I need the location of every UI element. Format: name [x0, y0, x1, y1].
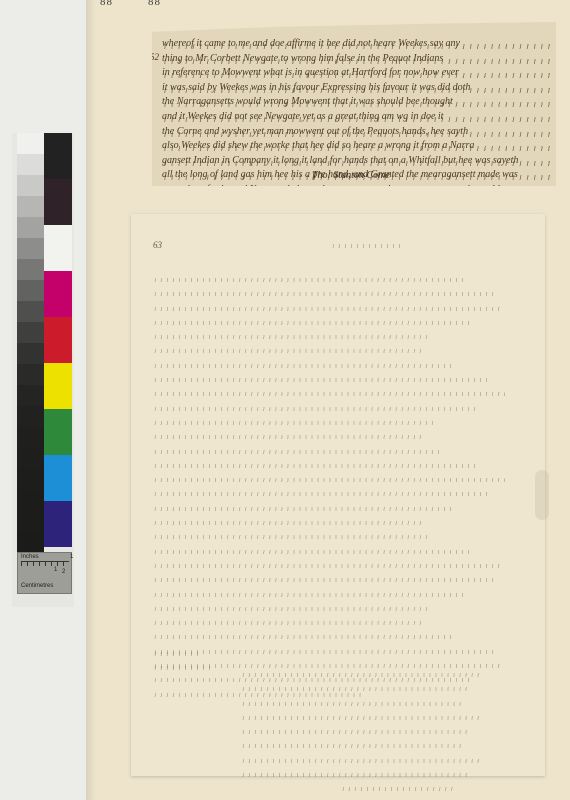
- ruler-ticks: [21, 561, 69, 566]
- gray-patch: [17, 490, 44, 511]
- paper-stain: [535, 470, 549, 520]
- handwritten-line: [241, 769, 471, 778]
- folio-mark: 88: [148, 0, 161, 8]
- ruler-inches-label: Inches: [21, 554, 39, 560]
- gray-patch: [17, 343, 44, 364]
- handwritten-line: [241, 755, 481, 764]
- handwritten-line: [153, 374, 491, 383]
- note-signature: Tho: Stanton Come: [312, 170, 390, 181]
- handwritten-line: [241, 712, 481, 721]
- handwritten-line: the Narragansetts would wrong Mowwent th…: [162, 96, 550, 108]
- letter-heading: Hon. Gentlemen: [331, 240, 401, 254]
- handwritten-line: in reference to Mowwent what is in quest…: [162, 67, 550, 79]
- scale-ruler: Inches 1 1 2 Centimetres: [17, 552, 72, 594]
- letter-endorsement: Endorsed Ag: 22.: [153, 648, 223, 677]
- gray-patch: [17, 322, 44, 343]
- handwritten-line: [153, 460, 480, 469]
- handwritten-line: [153, 388, 505, 397]
- black-patch: [44, 133, 72, 179]
- blue-patch: [44, 501, 72, 547]
- handwritten-line: [241, 669, 481, 678]
- gray-patch: [17, 364, 44, 385]
- handwritten-line: [153, 446, 442, 455]
- mount-edge-shadow: [86, 0, 96, 800]
- manuscript-letter: 63 Hon. Gentlemen Endorsed Ag: 22.: [131, 214, 545, 776]
- gray-patch: [17, 259, 44, 280]
- gray-patch: [17, 532, 44, 553]
- gray-patch: [17, 175, 44, 196]
- handwritten-line: [153, 546, 470, 555]
- gray-patch: [17, 238, 44, 259]
- cyan-patch: [44, 455, 72, 501]
- handwritten-line: whereof it came to me and doe affirme it…: [162, 38, 550, 50]
- handwritten-line: [153, 317, 470, 326]
- gray-patch: [17, 133, 44, 154]
- handwritten-line: and it Weekes did not see Newgate yet as…: [162, 111, 550, 123]
- magenta-patch: [44, 271, 72, 317]
- handwritten-line: [153, 631, 456, 640]
- gray-patch: [17, 511, 44, 532]
- handwritten-line: [153, 288, 498, 297]
- letter-page-number: 63: [153, 240, 162, 250]
- handwritten-line: also Weekes did shew the worke that hee …: [162, 140, 550, 152]
- green-patch: [44, 409, 72, 455]
- handwritten-line: [153, 303, 501, 312]
- handwritten-line: [153, 589, 463, 598]
- dark-brown-patch: [44, 179, 72, 225]
- handwritten-line: [153, 603, 428, 612]
- letter-body: [153, 274, 505, 703]
- handwritten-line: [241, 698, 461, 707]
- gray-patch: [17, 406, 44, 427]
- handwritten-line: [153, 345, 421, 354]
- handwritten-line: [153, 503, 452, 512]
- color-calibration-target: Inches 1 1 2 Centimetres: [12, 133, 74, 607]
- grayscale-strip: [17, 133, 44, 553]
- gray-patch: [17, 469, 44, 490]
- handwritten-line: [153, 474, 505, 483]
- handwritten-line: [153, 574, 498, 583]
- manuscript-note: 52 whereof it came to me and doe affirme…: [152, 22, 556, 186]
- ruler-cm-number: 2: [62, 569, 65, 575]
- handwritten-line: [153, 403, 480, 412]
- handwritten-line: [153, 488, 491, 497]
- handwritten-line: [153, 560, 501, 569]
- handwritten-line: [241, 683, 471, 692]
- handwritten-line: [241, 726, 471, 735]
- handwritten-line: gansett Indian in Company it long it lan…: [162, 155, 550, 167]
- gray-patch: [17, 427, 44, 448]
- gray-patch: [17, 301, 44, 322]
- handwritten-line: [153, 274, 463, 283]
- ruler-cm-number: 1: [54, 567, 57, 573]
- gray-patch: [17, 280, 44, 301]
- handwritten-line: it was said by Weekes was in his favour …: [162, 82, 550, 94]
- handwritten-line: [153, 431, 421, 440]
- handwritten-line: [153, 617, 424, 626]
- gray-patch: [17, 154, 44, 175]
- gray-patch: [17, 448, 44, 469]
- handwritten-line: thing to Mr Corbett Newgate to wrong him…: [162, 53, 550, 65]
- white-patch: [44, 225, 72, 271]
- color-patch-strip: [44, 133, 72, 547]
- handwritten-line: the Corne and wysher yet man mowwent out…: [162, 126, 550, 138]
- folio-mark: 88: [100, 0, 113, 8]
- handwritten-line: [341, 783, 454, 792]
- ruler-inch-number: 1: [70, 554, 73, 560]
- handwritten-line: [153, 417, 438, 426]
- handwritten-line: [153, 360, 452, 369]
- handwritten-line: [153, 517, 421, 526]
- ruler-centimetres-label: Centimetres: [21, 583, 53, 589]
- letter-postscript: [241, 669, 491, 798]
- handwritten-line: [153, 531, 431, 540]
- gray-patch: [17, 385, 44, 406]
- handwritten-line: [241, 740, 461, 749]
- yellow-patch: [44, 363, 72, 409]
- gray-patch: [17, 196, 44, 217]
- red-patch: [44, 317, 72, 363]
- handwritten-line: [153, 331, 431, 340]
- gray-patch: [17, 217, 44, 238]
